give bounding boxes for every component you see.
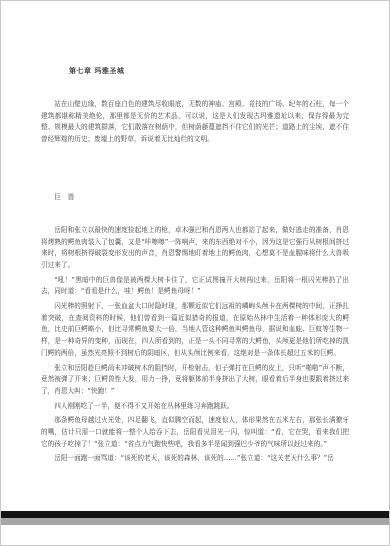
chapter-title: 第七章 玛雅圣城 [69, 67, 349, 76]
page-bottom-edge-gray [1, 518, 389, 525]
story-paragraph: 岳阳和张立以最快的速度捡起地上的枪，卓木强巴和肖恩两人也都站了起来，做好逃走的准… [41, 225, 349, 272]
story-paragraph: 那条鳄鱼母越过火光处，四足翻飞，直似腾空而起，速度惊人，体形果然在五米左右，那张… [41, 415, 349, 450]
story-paragraph: 闪光棒的照射下，一张血盆大口时隐时现，那颗近似它们远祖的嶙峋头颅卡在两棵树的中间… [41, 301, 349, 360]
story-paragraph: 四人刚刚吃了一半，便不得不又开始在丛林里练习奔跑跳跃。 [41, 401, 349, 413]
page-bottom-edge-black [1, 511, 389, 518]
story-paragraph: 岳阳一面跑一面骂道：“该死的老天，该死的森林，该死的……”张立道：“这关老天什么… [41, 453, 349, 465]
intro-paragraph: 站在山壁边缘，数百座白色的建筑尽收眼底，无数的神庙、宫殿、竞技的广场、纪年的石柱… [41, 99, 349, 146]
section-title: 巨 兽 [54, 193, 349, 202]
story-paragraph: 张立和岳阳趁巨鳄尚未冲破树木的阻挡时，开枪射击，但子弹打在巨鳄的皮上，只听“啪啪… [41, 363, 349, 398]
book-page: 第七章 玛雅圣城 站在山壁边缘，数百座白色的建筑尽收眼底，无数的神庙、宫殿、竞技… [0, 0, 390, 546]
story-paragraph: “吼！”黑暗中的巨兽像是被两棵大树卡住了，它正试图撞开大树闯过来，岳阳将一根闪光… [41, 275, 349, 298]
